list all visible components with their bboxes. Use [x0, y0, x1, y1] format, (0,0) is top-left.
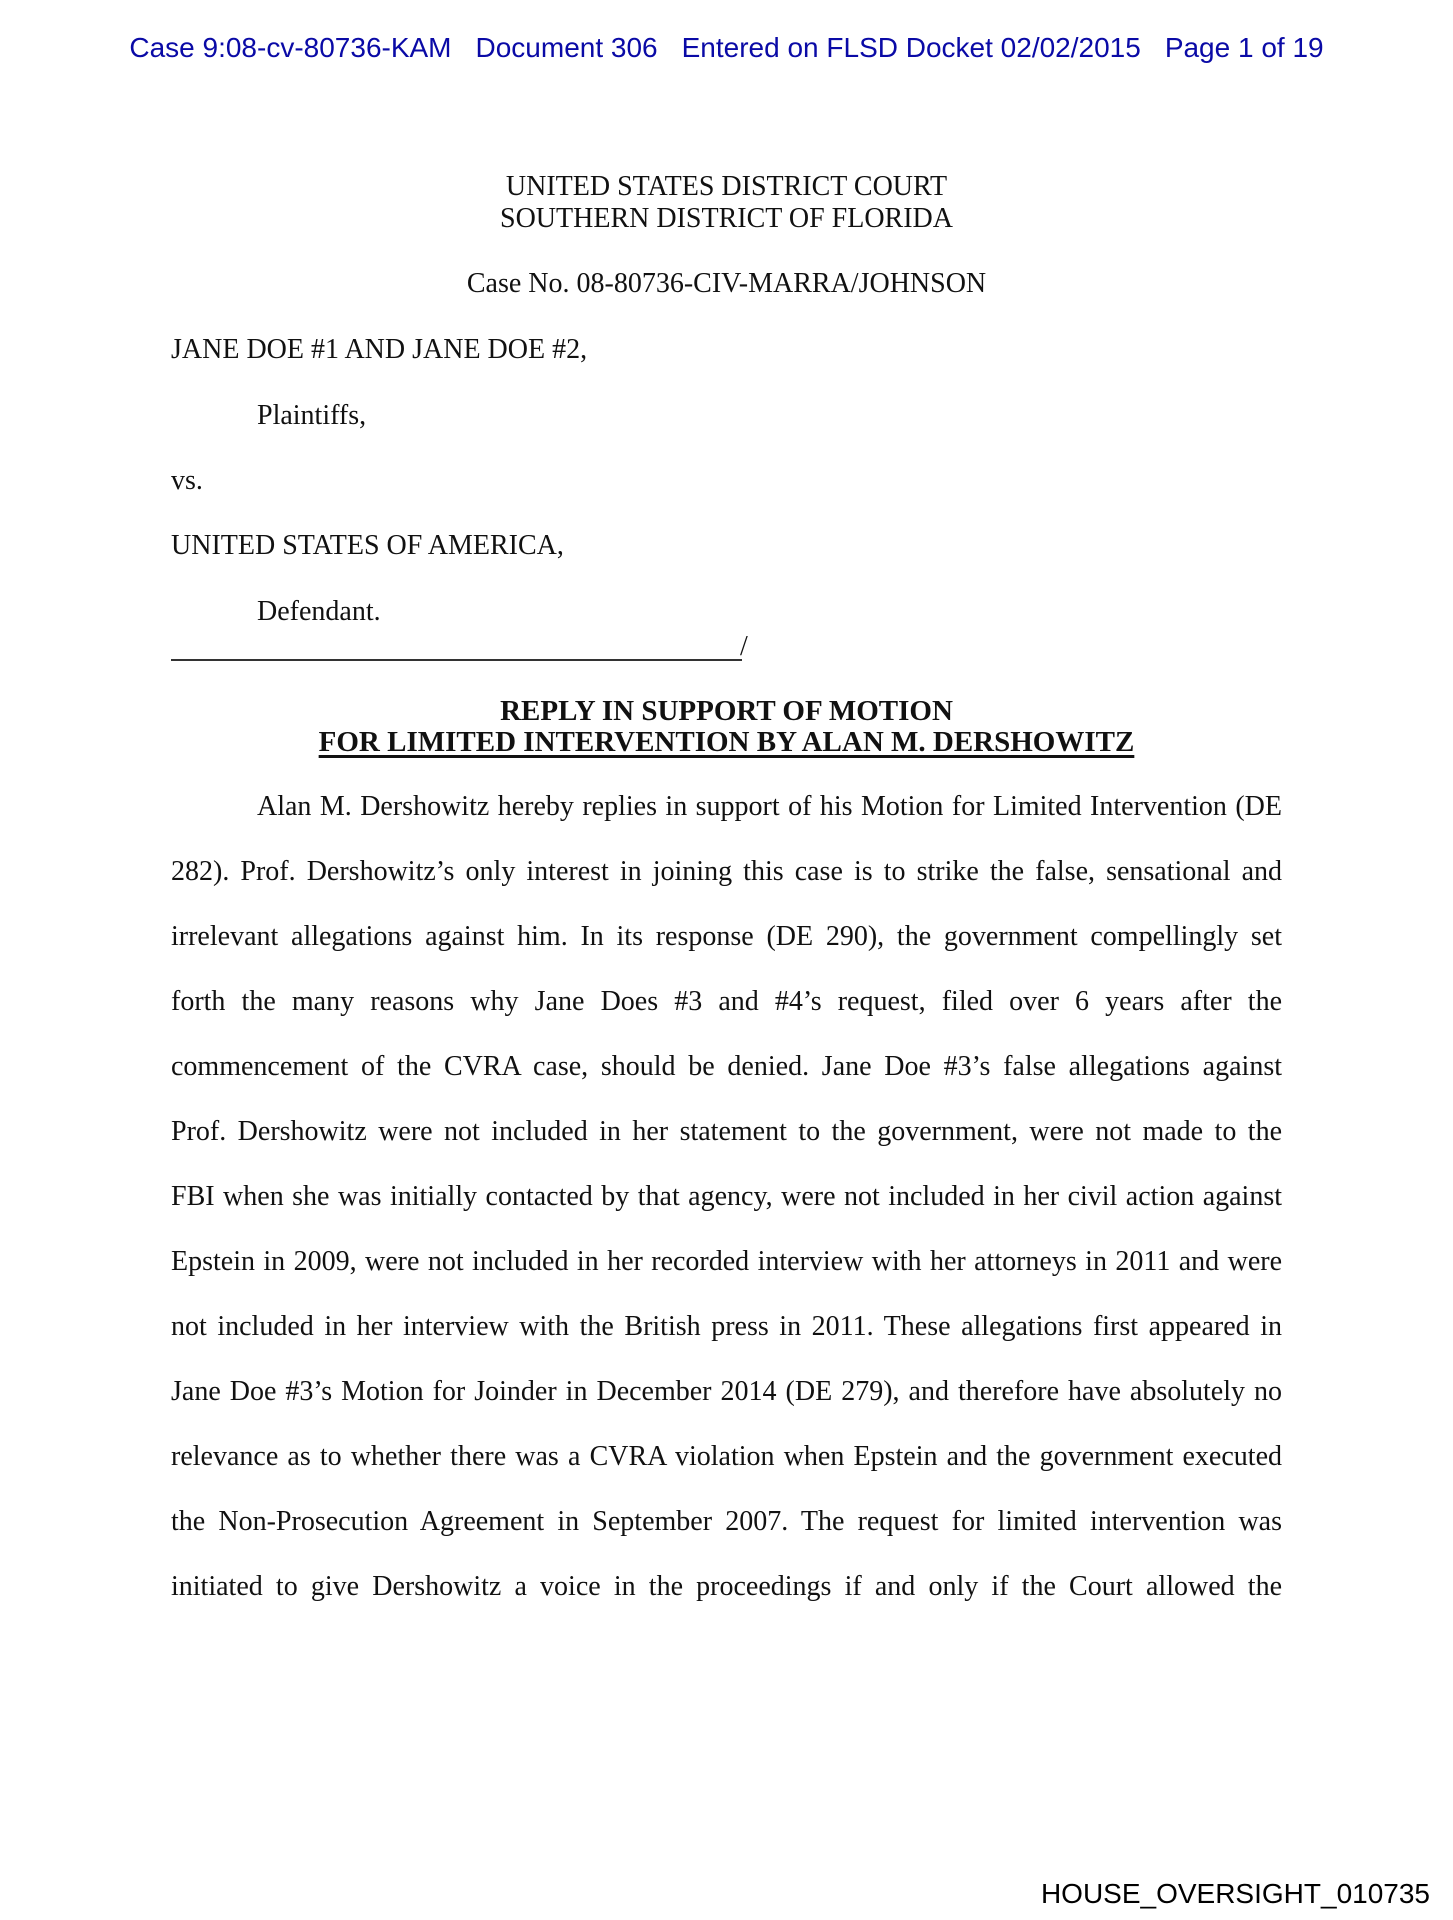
case-number: Case No. 08-80736-CIV-MARRA/JOHNSON — [0, 268, 1453, 300]
document-page: Case 9:08-cv-80736-KAMDocument 306Entere… — [0, 0, 1453, 1920]
body-line: initiated to give Dershowitz a voice in … — [171, 1571, 1282, 1603]
court-district: SOUTHERN DISTRICT OF FLORIDA — [0, 203, 1453, 235]
body-line: Jane Doe #3’s Motion for Joinder in Dece… — [171, 1376, 1282, 1408]
ecf-entered-date: Entered on FLSD Docket 02/02/2015 — [682, 32, 1141, 64]
document-title-line-1: REPLY IN SUPPORT OF MOTION — [0, 695, 1453, 727]
plaintiffs-names: JANE DOE #1 AND JANE DOE #2, — [171, 334, 587, 366]
body-line: Prof. Dershowitz were not included in he… — [171, 1116, 1282, 1148]
plaintiffs-label: Plaintiffs, — [257, 400, 366, 432]
ecf-header: Case 9:08-cv-80736-KAMDocument 306Entere… — [0, 32, 1453, 64]
ecf-page-count: Page 1 of 19 — [1165, 32, 1324, 64]
body-line: commencement of the CVRA case, should be… — [171, 1051, 1282, 1083]
body-line: not included in her interview with the B… — [171, 1311, 1282, 1343]
court-name: UNITED STATES DISTRICT COURT — [0, 171, 1453, 203]
body-line: Epstein in 2009, were not included in he… — [171, 1246, 1282, 1278]
document-title-line-2-text: FOR LIMITED INTERVENTION BY ALAN M. DERS… — [319, 726, 1135, 758]
body-line: relevance as to whether there was a CVRA… — [171, 1441, 1282, 1473]
body-line: irrelevant allegations against him. In i… — [171, 921, 1282, 953]
ecf-document-number: Document 306 — [476, 32, 658, 64]
bates-number: HOUSE_OVERSIGHT_010735 — [1041, 1878, 1430, 1910]
caption-divider-line — [171, 659, 742, 661]
body-line: forth the many reasons why Jane Does #3 … — [171, 986, 1282, 1018]
body-line: Alan M. Dershowitz hereby replies in sup… — [257, 791, 1282, 823]
body-line: the Non-Prosecution Agreement in Septemb… — [171, 1506, 1282, 1538]
defendant-label: Defendant. — [257, 596, 381, 628]
body-line: FBI when she was initially contacted by … — [171, 1181, 1282, 1213]
document-title-line-2: FOR LIMITED INTERVENTION BY ALAN M. DERS… — [0, 726, 1453, 758]
ecf-case-number: Case 9:08-cv-80736-KAM — [129, 32, 451, 64]
defendant-name: UNITED STATES OF AMERICA, — [171, 530, 564, 562]
body-line: 282). Prof. Dershowitz’s only interest i… — [171, 856, 1282, 888]
versus-label: vs. — [171, 465, 203, 497]
caption-divider-slash: / — [740, 631, 748, 663]
